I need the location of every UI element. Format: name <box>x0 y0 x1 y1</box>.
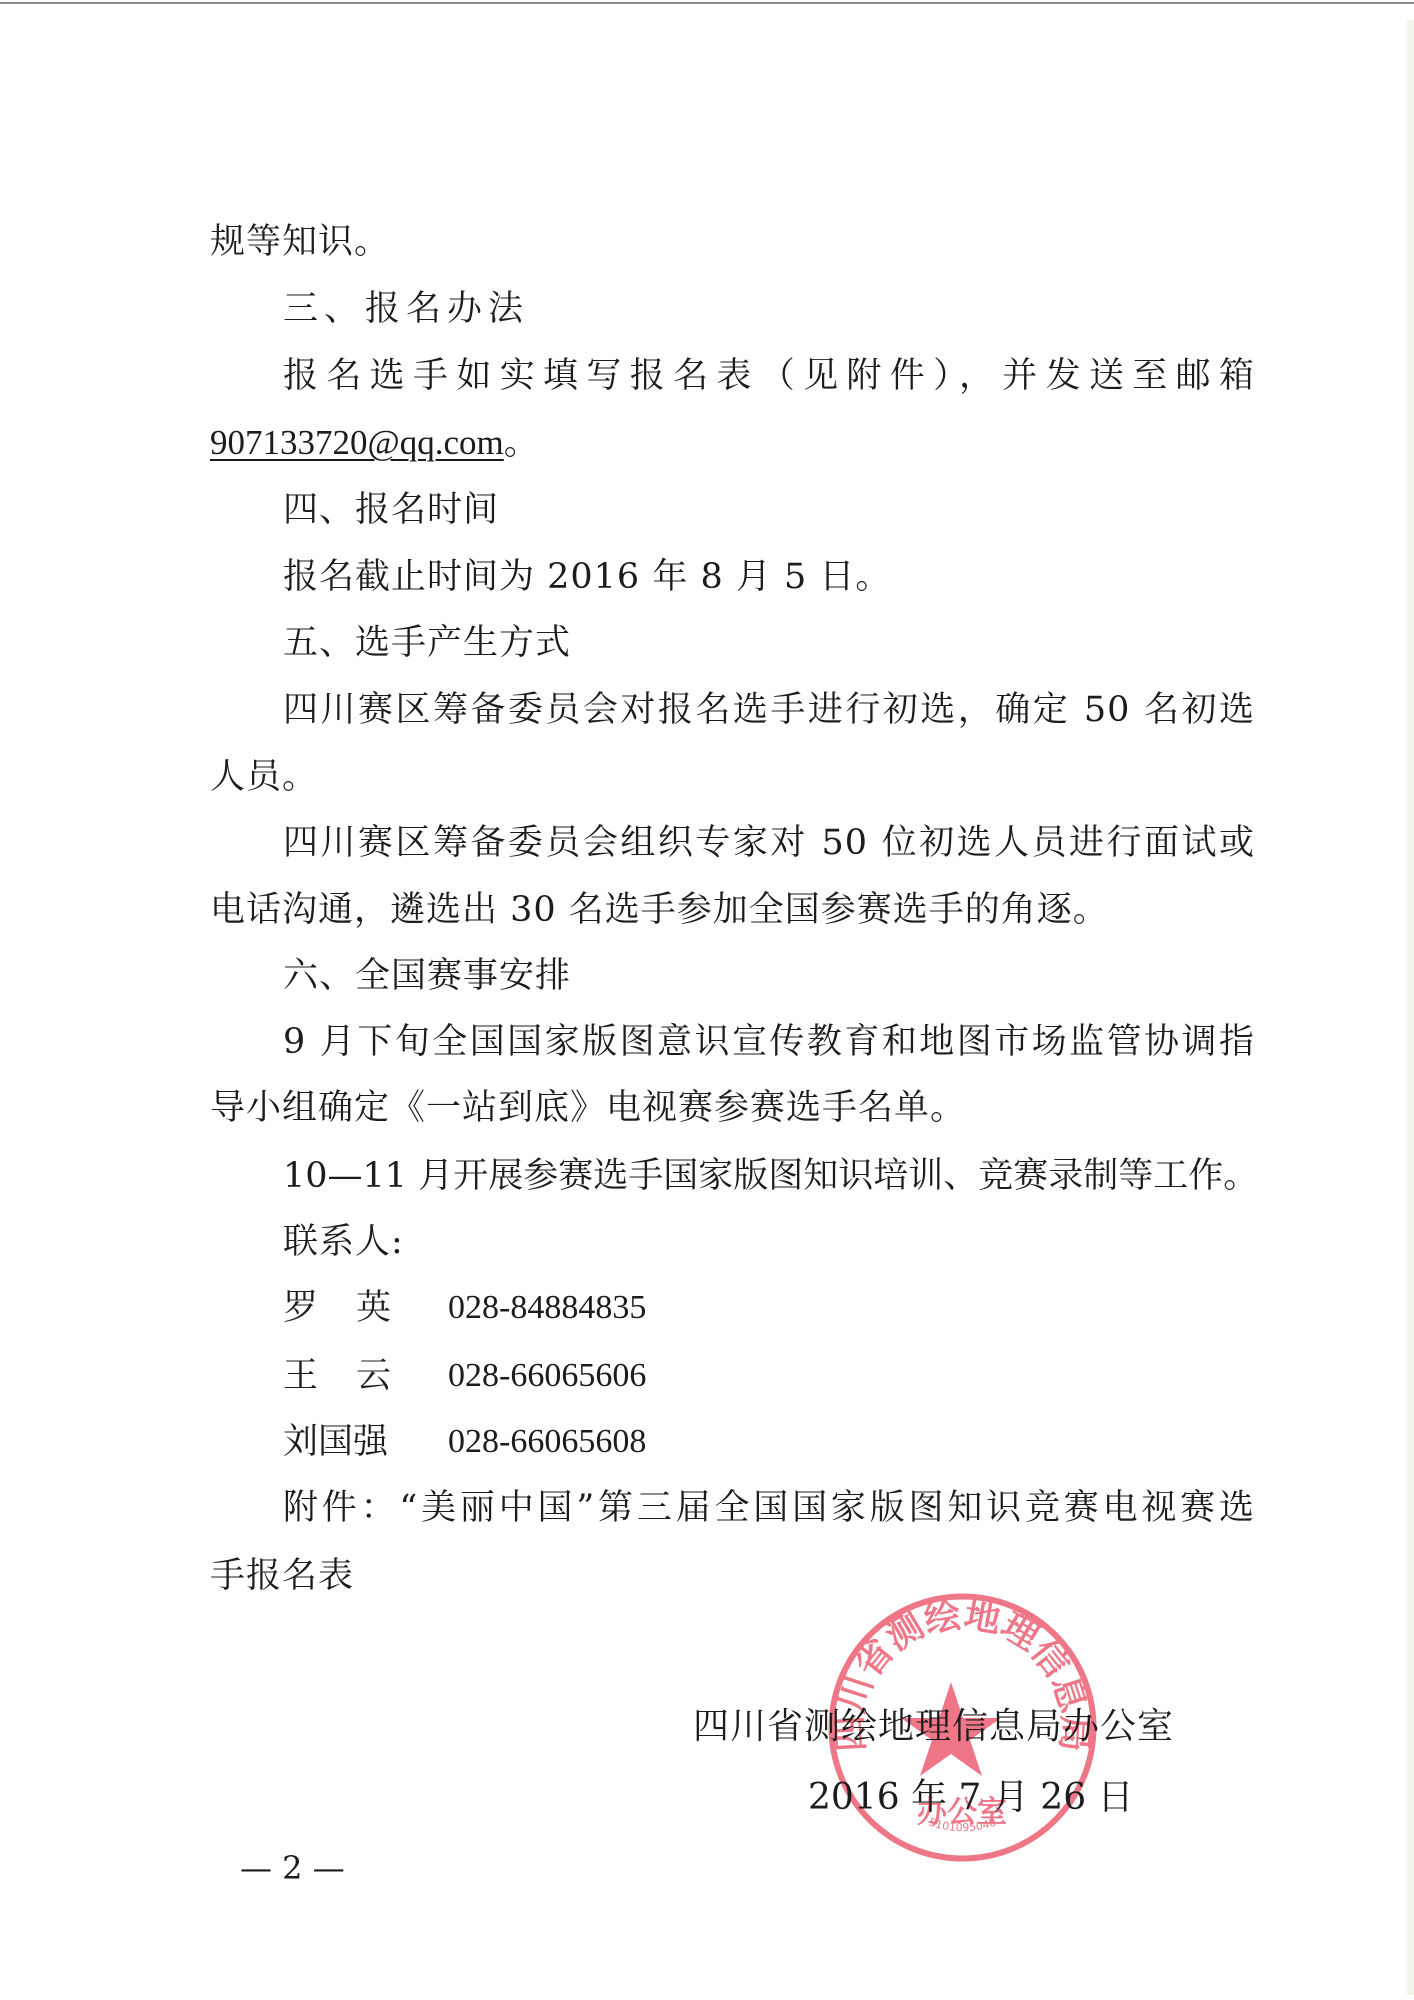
contact-name: 罗英 <box>283 1286 413 1330</box>
contact-phone: 028-66065608 <box>448 1420 646 1464</box>
paragraph-line: 9 月下旬全国国家版图意识宣传教育和地图市场监管协调指 <box>283 1020 1255 1064</box>
email-line: 907133720@qq.com。 <box>210 421 1255 465</box>
paragraph-line: 四川赛区筹备委员会组织专家对 50 位初选人员进行面试或 <box>283 821 1255 865</box>
attachment-line: 附件：“美丽中国”第三届全国国家版图知识竞赛电视赛选 <box>283 1486 1255 1530</box>
punctuation: 。 <box>504 423 540 463</box>
paragraph-line: 导小组确定《一站到底》电视赛参赛选手名单。 <box>210 1086 1255 1130</box>
paragraph-line: 规等知识。 <box>210 220 1255 264</box>
section-heading-national-schedule: 六、全国赛事安排 <box>283 954 1255 998</box>
issuer-signature: 四川省测绘地理信息局办公室 <box>693 1705 1174 1749</box>
contact-phone: 028-84884835 <box>448 1286 646 1330</box>
scan-top-border <box>0 2 1414 4</box>
contact-row: 刘国强 028-66065608 <box>283 1420 413 1464</box>
paragraph-line: 报名选手如实填写报名表（见附件），并发送至邮箱 <box>283 354 1255 398</box>
email-link[interactable]: 907133720@qq.com <box>210 423 504 462</box>
page-number: — 2 — <box>240 1848 345 1888</box>
paragraph-line: 人员。 <box>210 755 1255 799</box>
issue-date: 2016 年 7 月 26 日 <box>808 1776 1134 1820</box>
paragraph-line: 四川赛区筹备委员会对报名选手进行初选，确定 50 名初选 <box>283 688 1255 732</box>
contact-row: 罗英 028-84884835 <box>283 1286 413 1330</box>
contact-name: 王云 <box>283 1354 413 1398</box>
paragraph-line: 电话沟通，遴选出 30 名选手参加全国参赛选手的角逐。 <box>210 888 1255 932</box>
contact-phone: 028-66065606 <box>448 1354 646 1398</box>
scan-right-edge <box>1405 20 1414 1995</box>
section-heading-registration-time: 四、报名时间 <box>283 488 1255 532</box>
section-heading-selection-method: 五、选手产生方式 <box>283 621 1255 665</box>
contact-name: 刘国强 <box>283 1420 413 1464</box>
contacts-label: 联系人: <box>283 1220 1255 1264</box>
section-heading-registration-method: 三、报名办法 <box>283 287 1255 331</box>
paragraph-line: 10—11 月开展参赛选手国家版图知识培训、竞赛录制等工作。 <box>283 1154 1255 1198</box>
deadline-line: 报名截止时间为 2016 年 8 月 5 日。 <box>283 555 1255 599</box>
contact-row: 王云 028-66065606 <box>283 1354 413 1398</box>
